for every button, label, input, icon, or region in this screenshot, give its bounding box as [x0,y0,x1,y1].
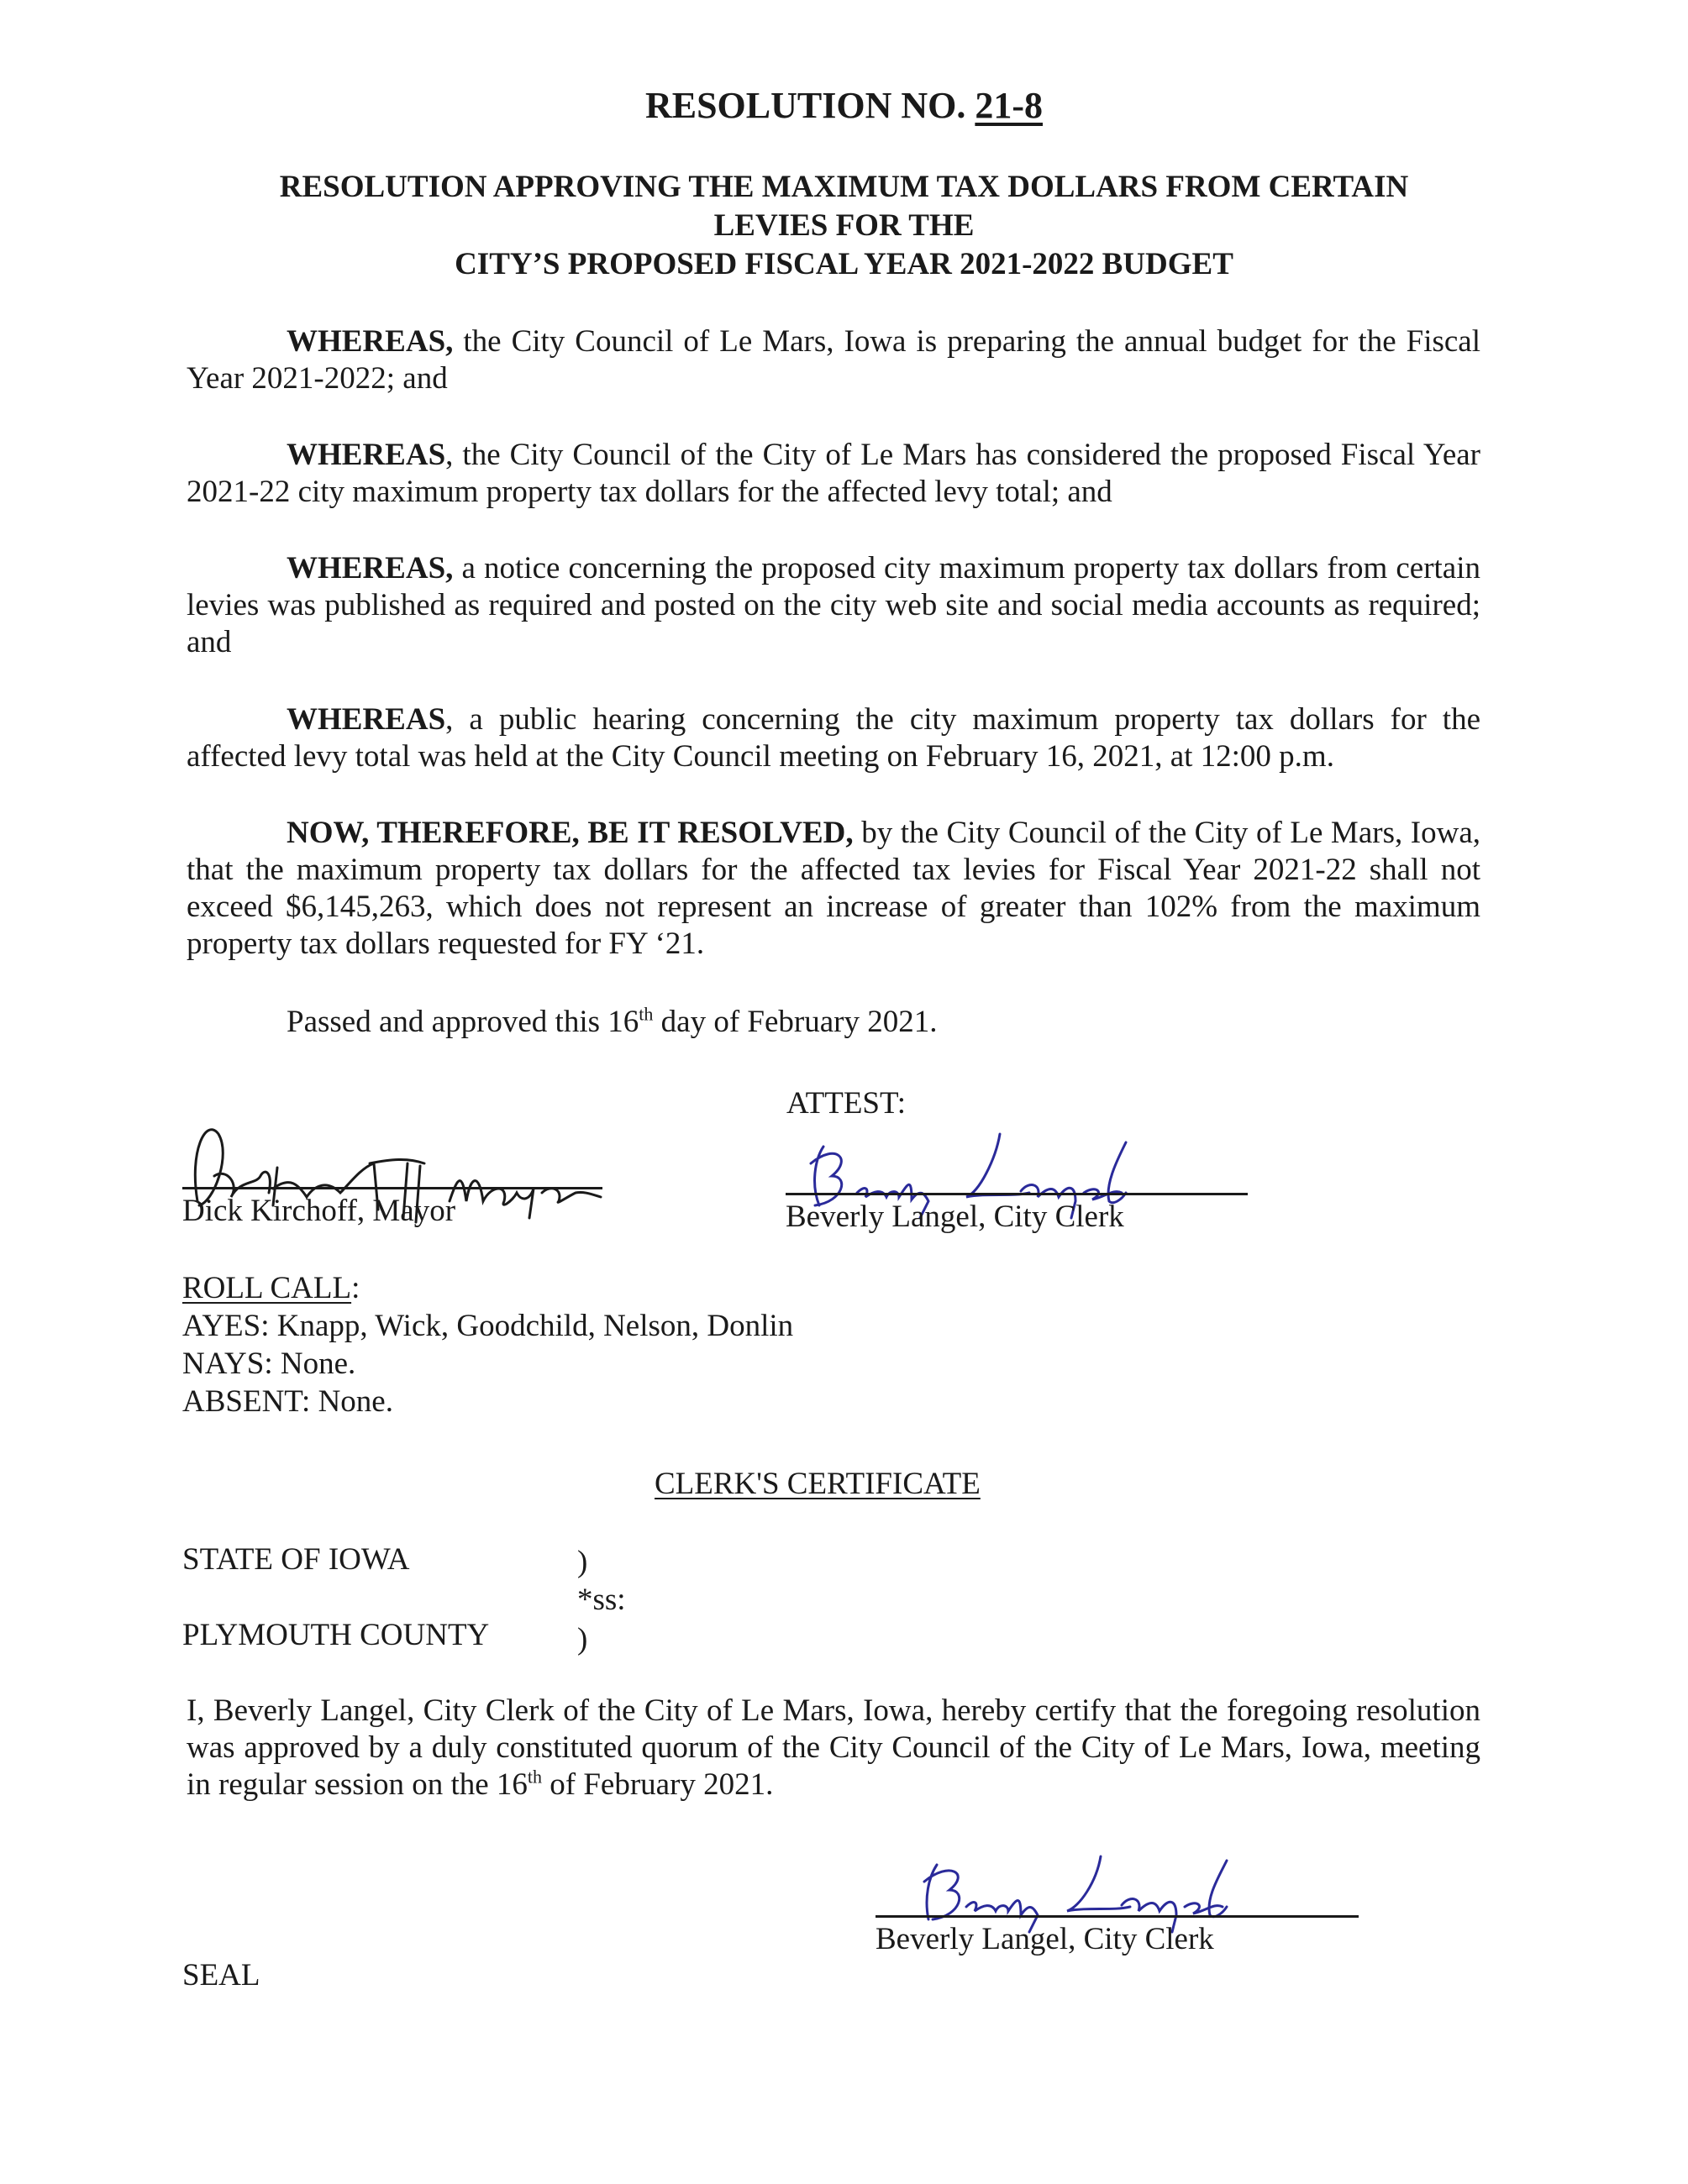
subtitle-line-1: RESOLUTION APPROVING THE MAXIMUM TAX DOL… [0,168,1688,207]
title-prefix: RESOLUTION NO. [645,85,975,126]
whereas-paragraph-4: WHEREAS, a public hearing concerning the… [187,701,1480,775]
ordinal-suffix: th [639,1004,653,1025]
resolution-title: RESOLUTION NO. 21-8 [0,84,1688,127]
state-paren: ) [577,1544,587,1581]
seal-label: SEAL [182,1957,260,1994]
subtitle-line-3: CITY’S PROPOSED FISCAL YEAR 2021-2022 BU… [0,245,1688,284]
clerk-certificate-signature-line [876,1915,1359,1918]
whereas-lead: WHEREAS [287,702,445,737]
roll-call-label: ROLL CALL [182,1271,351,1305]
certificate-heading: CLERK'S CERTIFICATE [655,1466,981,1503]
clerk-attest-signature-line [786,1193,1248,1195]
resolution-subtitle: RESOLUTION APPROVING THE MAXIMUM TAX DOL… [0,168,1688,284]
passed-text-end: day of February 2021. [653,1005,937,1039]
whereas-lead: WHEREAS, [287,551,453,585]
resolved-lead: NOW, THEREFORE, BE IT RESOLVED, [287,816,854,850]
mayor-name: Dick Kirchoff, Mayor [182,1193,455,1230]
roll-call-nays: NAYS: None. [182,1346,355,1383]
certificate-text-end: of February 2021. [542,1767,773,1802]
whereas-lead: WHEREAS, [287,324,453,359]
ordinal-suffix: th [528,1767,542,1788]
passed-text: Passed and approved this 16 [287,1005,639,1039]
county-paren: ) [577,1621,587,1658]
roll-call-ayes: AYES: Knapp, Wick, Goodchild, Nelson, Do… [182,1308,793,1345]
certificate-text: I, Beverly Langel, City Clerk of the Cit… [187,1693,1480,1802]
whereas-paragraph-2: WHEREAS, the City Council of the City of… [187,437,1480,511]
clerk-certificate-name: Beverly Langel, City Clerk [876,1921,1214,1958]
resolved-paragraph: NOW, THEREFORE, BE IT RESOLVED, by the C… [187,815,1480,963]
passed-approved-line: Passed and approved this 16th day of Feb… [287,1004,937,1041]
attest-label: ATTEST: [786,1085,906,1122]
resolution-document: RESOLUTION NO. 21-8 RESOLUTION APPROVING… [0,0,1688,2184]
ss-label: *ss: [577,1582,626,1619]
clerk-attest-name: Beverly Langel, City Clerk [786,1199,1124,1236]
mayor-signature-line [182,1187,602,1189]
subtitle-line-2: LEVIES FOR THE [0,207,1688,245]
whereas-paragraph-3: WHEREAS, a notice concerning the propose… [187,550,1480,661]
state-label: STATE OF IOWA [182,1541,409,1578]
whereas-lead: WHEREAS [287,438,445,472]
resolution-number: 21-8 [975,85,1043,126]
certificate-body: I, Beverly Langel, City Clerk of the Cit… [187,1693,1480,1803]
roll-call-absent: ABSENT: None. [182,1383,393,1420]
whereas-paragraph-1: WHEREAS, the City Council of Le Mars, Io… [187,323,1480,397]
roll-call-colon: : [351,1271,360,1305]
clerk-certificate-signature [907,1848,1277,1932]
roll-call-heading: ROLL CALL: [182,1270,360,1307]
county-label: PLYMOUTH COUNTY [182,1617,489,1654]
